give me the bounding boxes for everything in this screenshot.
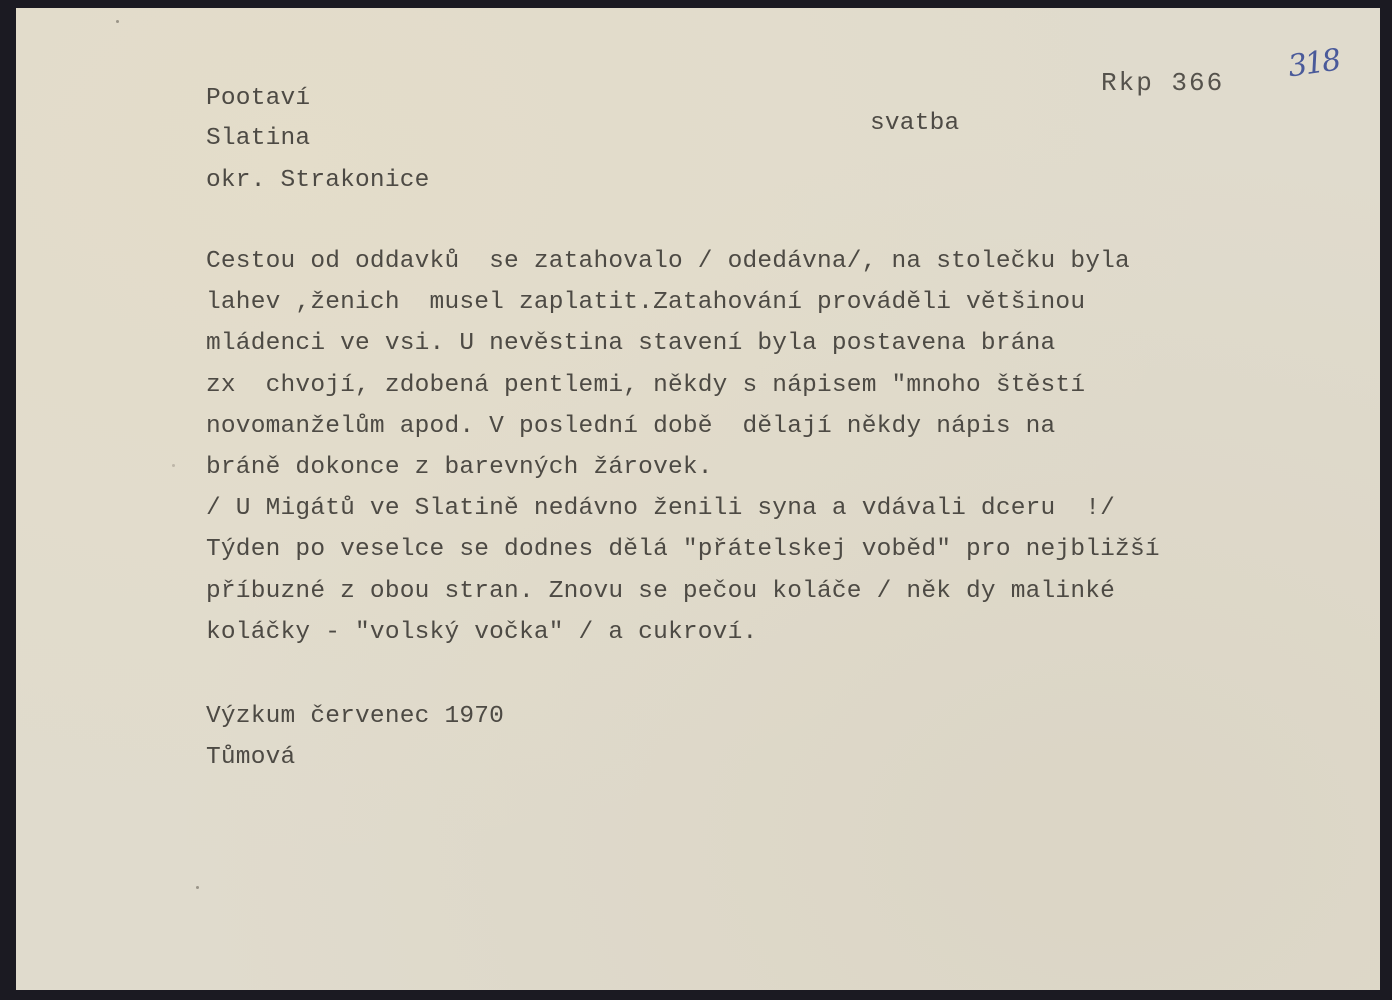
scanned-archive-card: Pootaví Slatina okr. Strakonice svatba R… [0, 0, 1392, 1000]
paper-speck [196, 886, 199, 889]
body-text: Cestou od oddavků se zatahovalo / odedáv… [206, 250, 1160, 662]
body-line: zx chvojí, zdobená pentlemi, někdy s náp… [206, 374, 1160, 415]
body-line: Týden po veselce se dodnes dělá "přátels… [206, 538, 1160, 579]
body-line: koláčky - "volský vočka" / a cukroví. [206, 621, 1160, 662]
village-label: Slatina [206, 127, 310, 152]
archive-signature: Rkp 366 [1101, 70, 1224, 96]
district-label: okr. Strakonice [206, 169, 430, 194]
paper-speck [116, 20, 119, 23]
body-line: Cestou od oddavků se zatahovalo / odedáv… [206, 250, 1160, 291]
body-line: příbuzné z obou stran. Znovu se pečou ko… [206, 580, 1160, 621]
body-line: novomanželům apod. V poslední době dělaj… [206, 415, 1160, 456]
footer-block: Výzkum červenec 1970 Tůmová [206, 705, 504, 787]
paper-speck [172, 464, 175, 467]
region-label: Pootaví [206, 87, 310, 112]
handwritten-page-number: 318 [1286, 43, 1342, 85]
subject-heading: svatba [870, 112, 959, 137]
body-line: bráně dokonce z barevných žárovek. [206, 456, 1160, 497]
body-line: / U Migátů ve Slatině nedávno ženili syn… [206, 497, 1160, 538]
body-line: mládenci ve vsi. U nevěstina stavení byl… [206, 332, 1160, 373]
author-name: Tůmová [206, 746, 504, 787]
body-line: lahev ,ženich musel zaplatit.Zatahování … [206, 291, 1160, 332]
research-date: Výzkum červenec 1970 [206, 705, 504, 746]
